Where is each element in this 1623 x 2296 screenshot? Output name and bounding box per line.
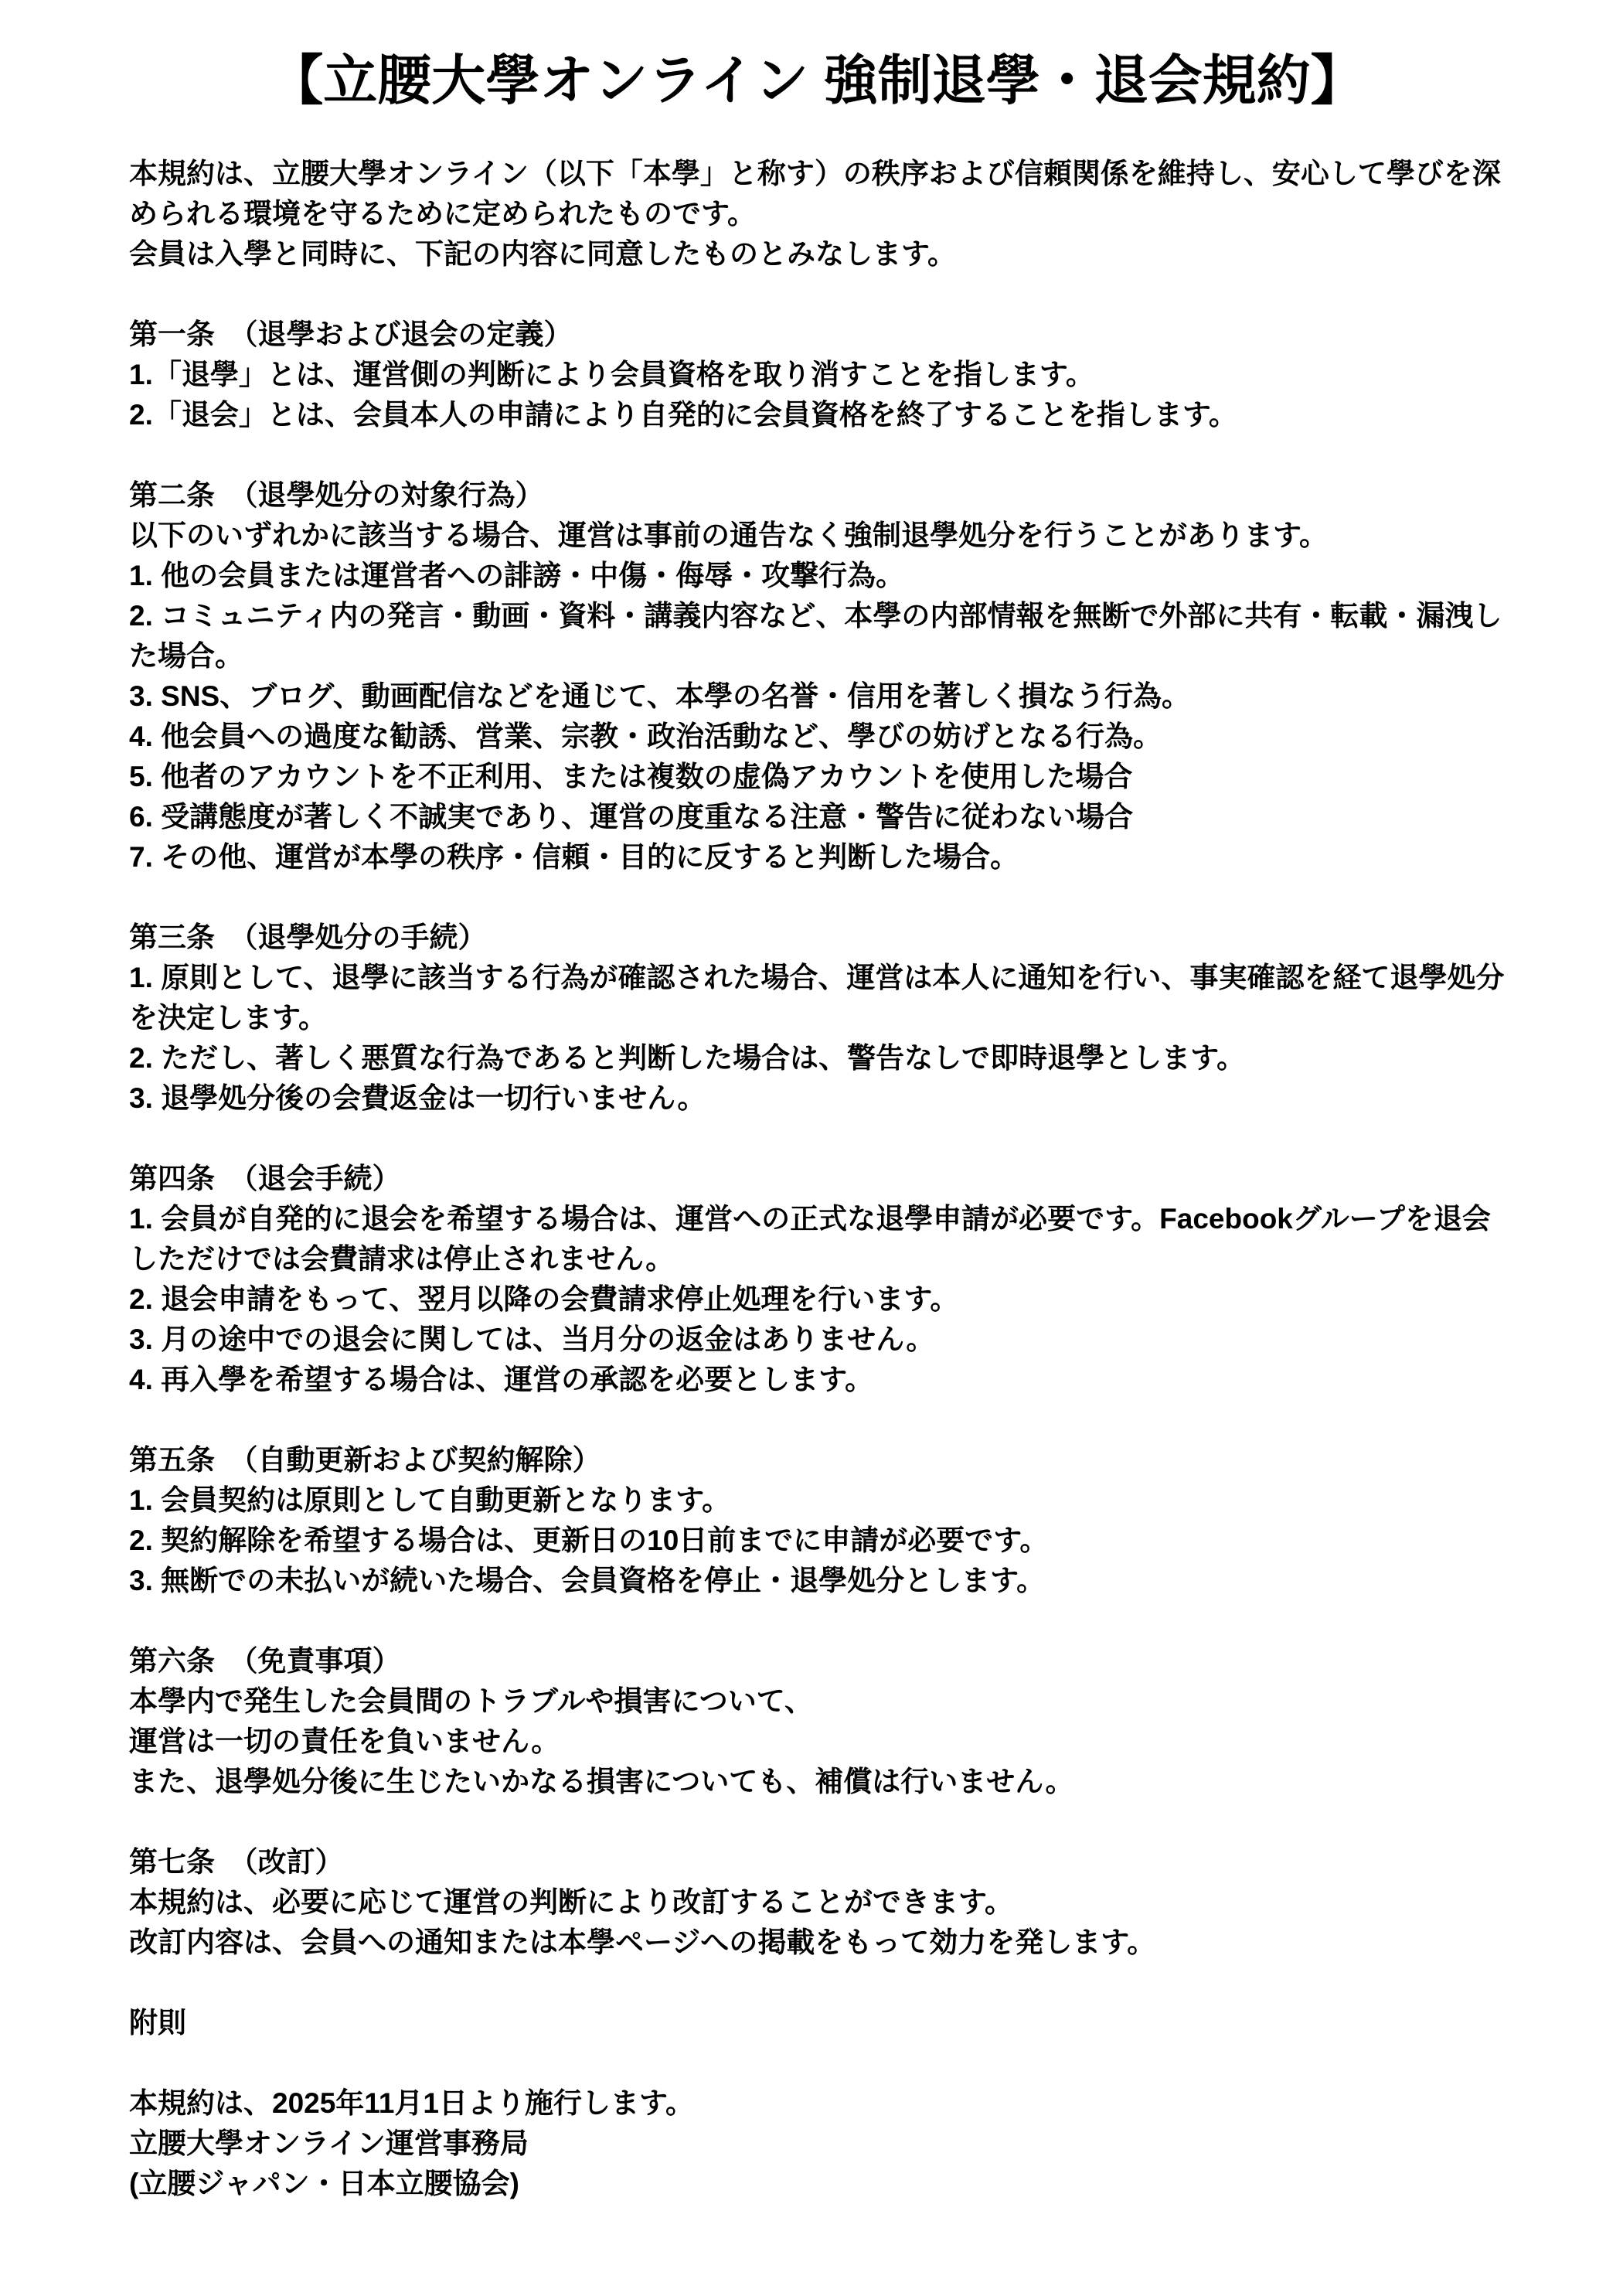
article-lines: 本規約は、必要に応じて運営の判断により改訂することができます。 改訂内容は、会員… <box>129 1882 1505 1963</box>
article-line: また、退學処分後に生じたいかなる損害についても、補償は行いません。 <box>129 1762 1505 1802</box>
article-line: 3. 無断での未払いが続いた場合、会員資格を停止・退學処分とします。 <box>129 1561 1505 1601</box>
article-lines: 1. 会員が自発的に退会を希望する場合は、運営への正式な退學申請が必要です。Fa… <box>129 1199 1505 1400</box>
article-line: 3. 退學処分後の会費返金は一切行いません。 <box>129 1078 1505 1119</box>
article-line: 3. SNS、ブログ、動画配信などを通じて、本學の名誉・信用を著しく損なう行為。 <box>129 676 1505 717</box>
article-line: 1.「退學」とは、運営側の判断により会員資格を取り消すことを指します。 <box>129 355 1505 395</box>
footer: 本規約は、2025年11月1日より施行します。 立腰大學オンライン運営事務局 (… <box>129 2083 1505 2204</box>
article-section: 第五条 （自動更新および契約解除） 1. 会員契約は原則として自動更新となります… <box>129 1440 1505 1601</box>
article-line: 改訂内容は、会員への通知または本學ページへの掲載をもって効力を発します。 <box>129 1923 1505 1963</box>
article-heading: 第四条 （退会手続） <box>129 1159 1505 1199</box>
article-lines: 以下のいずれかに該当する場合、運営は事前の通告なく強制退學処分を行うことがありま… <box>129 516 1505 877</box>
intro-line: 本規約は、立腰大學オンライン（以下「本學」と称す）の秩序および信頼関係を維持し、… <box>129 154 1505 234</box>
article-heading: 第三条 （退學処分の手続） <box>129 918 1505 958</box>
article-line: 4. 再入學を希望する場合は、運営の承認を必要とします。 <box>129 1360 1505 1400</box>
article-line: 1. 会員が自発的に退会を希望する場合は、運営への正式な退學申請が必要です。Fa… <box>129 1199 1505 1279</box>
article-section: 第一条 （退學および退会の定義） 1.「退學」とは、運営側の判断により会員資格を… <box>129 315 1505 435</box>
article-lines: 1. 会員契約は原則として自動更新となります。 2. 契約解除を希望する場合は、… <box>129 1480 1505 1601</box>
appendix: 附則 <box>129 2003 1505 2043</box>
article-heading: 第五条 （自動更新および契約解除） <box>129 1440 1505 1480</box>
article-section: 第六条 （免責事項） 本學内で発生した会員間のトラブルや損害について、 運営は一… <box>129 1641 1505 1802</box>
document-title: 【立腰大學オンライン 強制退學・退会規約】 <box>129 51 1505 111</box>
article-line: 7. その他、運営が本學の秩序・信頼・目的に反すると判断した場合。 <box>129 837 1505 877</box>
article-heading: 第七条 （改訂） <box>129 1842 1505 1882</box>
article-lines: 1. 原則として、退學に該当する行為が確認された場合、運営は本人に通知を行い、事… <box>129 958 1505 1119</box>
article-section: 第二条 （退學処分の対象行為） 以下のいずれかに該当する場合、運営は事前の通告な… <box>129 475 1505 877</box>
article-heading: 第六条 （免責事項） <box>129 1641 1505 1681</box>
footer-line: (立腰ジャパン・日本立腰協会) <box>129 2164 1505 2204</box>
article-line: 1. 原則として、退學に該当する行為が確認された場合、運営は本人に通知を行い、事… <box>129 958 1505 1038</box>
article-line: 2. ただし、著しく悪質な行為であると判断した場合は、警告なしで即時退學とします… <box>129 1038 1505 1078</box>
article-line: 以下のいずれかに該当する場合、運営は事前の通告なく強制退學処分を行うことがありま… <box>129 516 1505 556</box>
article-line: 6. 受講態度が著しく不誠実であり、運営の度重なる注意・警告に従わない場合 <box>129 797 1505 837</box>
article-line: 1. 会員契約は原則として自動更新となります。 <box>129 1480 1505 1521</box>
article-heading: 第二条 （退學処分の対象行為） <box>129 475 1505 516</box>
footer-line: 立腰大學オンライン運営事務局 <box>129 2124 1505 2164</box>
article-lines: 本學内で発生した会員間のトラブルや損害について、 運営は一切の責任を負いません。… <box>129 1681 1505 1802</box>
article-line: 3. 月の途中での退会に関しては、当月分の返金はありません。 <box>129 1320 1505 1360</box>
appendix-heading: 附則 <box>129 2003 1505 2043</box>
intro-paragraphs: 本規約は、立腰大學オンライン（以下「本學」と称す）の秩序および信頼関係を維持し、… <box>129 154 1505 274</box>
articles: 第一条 （退學および退会の定義） 1.「退學」とは、運営側の判断により会員資格を… <box>129 315 1505 1963</box>
article-heading: 第一条 （退學および退会の定義） <box>129 315 1505 355</box>
article-line: 本學内で発生した会員間のトラブルや損害について、 <box>129 1681 1505 1722</box>
article-line: 2. コミュニティ内の発言・動画・資料・講義内容など、本學の内部情報を無断で外部… <box>129 596 1505 676</box>
article-line: 本規約は、必要に応じて運営の判断により改訂することができます。 <box>129 1882 1505 1923</box>
article-line: 4. 他会員への過度な勧誘、営業、宗教・政治活動など、學びの妨げとなる行為。 <box>129 717 1505 757</box>
footer-line: 本規約は、2025年11月1日より施行します。 <box>129 2083 1505 2124</box>
article-section: 第七条 （改訂） 本規約は、必要に応じて運営の判断により改訂することができます。… <box>129 1842 1505 1963</box>
intro-line: 会員は入學と同時に、下記の内容に同意したものとみなします。 <box>129 234 1505 274</box>
article-line: 2. 契約解除を希望する場合は、更新日の10日前までに申請が必要です。 <box>129 1521 1505 1561</box>
article-section: 第三条 （退學処分の手続） 1. 原則として、退學に該当する行為が確認された場合… <box>129 918 1505 1119</box>
article-section: 第四条 （退会手続） 1. 会員が自発的に退会を希望する場合は、運営への正式な退… <box>129 1159 1505 1400</box>
article-line: 5. 他者のアカウントを不正利用、または複数の虚偽アカウントを使用した場合 <box>129 757 1505 797</box>
article-line: 2.「退会」とは、会員本人の申請により自発的に会員資格を終了することを指します。 <box>129 395 1505 435</box>
article-line: 運営は一切の責任を負いません。 <box>129 1722 1505 1762</box>
article-line: 1. 他の会員または運営者への誹謗・中傷・侮辱・攻撃行為。 <box>129 556 1505 596</box>
article-lines: 1.「退學」とは、運営側の判断により会員資格を取り消すことを指します。 2.「退… <box>129 355 1505 435</box>
document-page: 【立腰大學オンライン 強制退學・退会規約】 本規約は、立腰大學オンライン（以下「… <box>0 0 1623 2296</box>
article-line: 2. 退会申請をもって、翌月以降の会費請求停止処理を行います。 <box>129 1279 1505 1320</box>
